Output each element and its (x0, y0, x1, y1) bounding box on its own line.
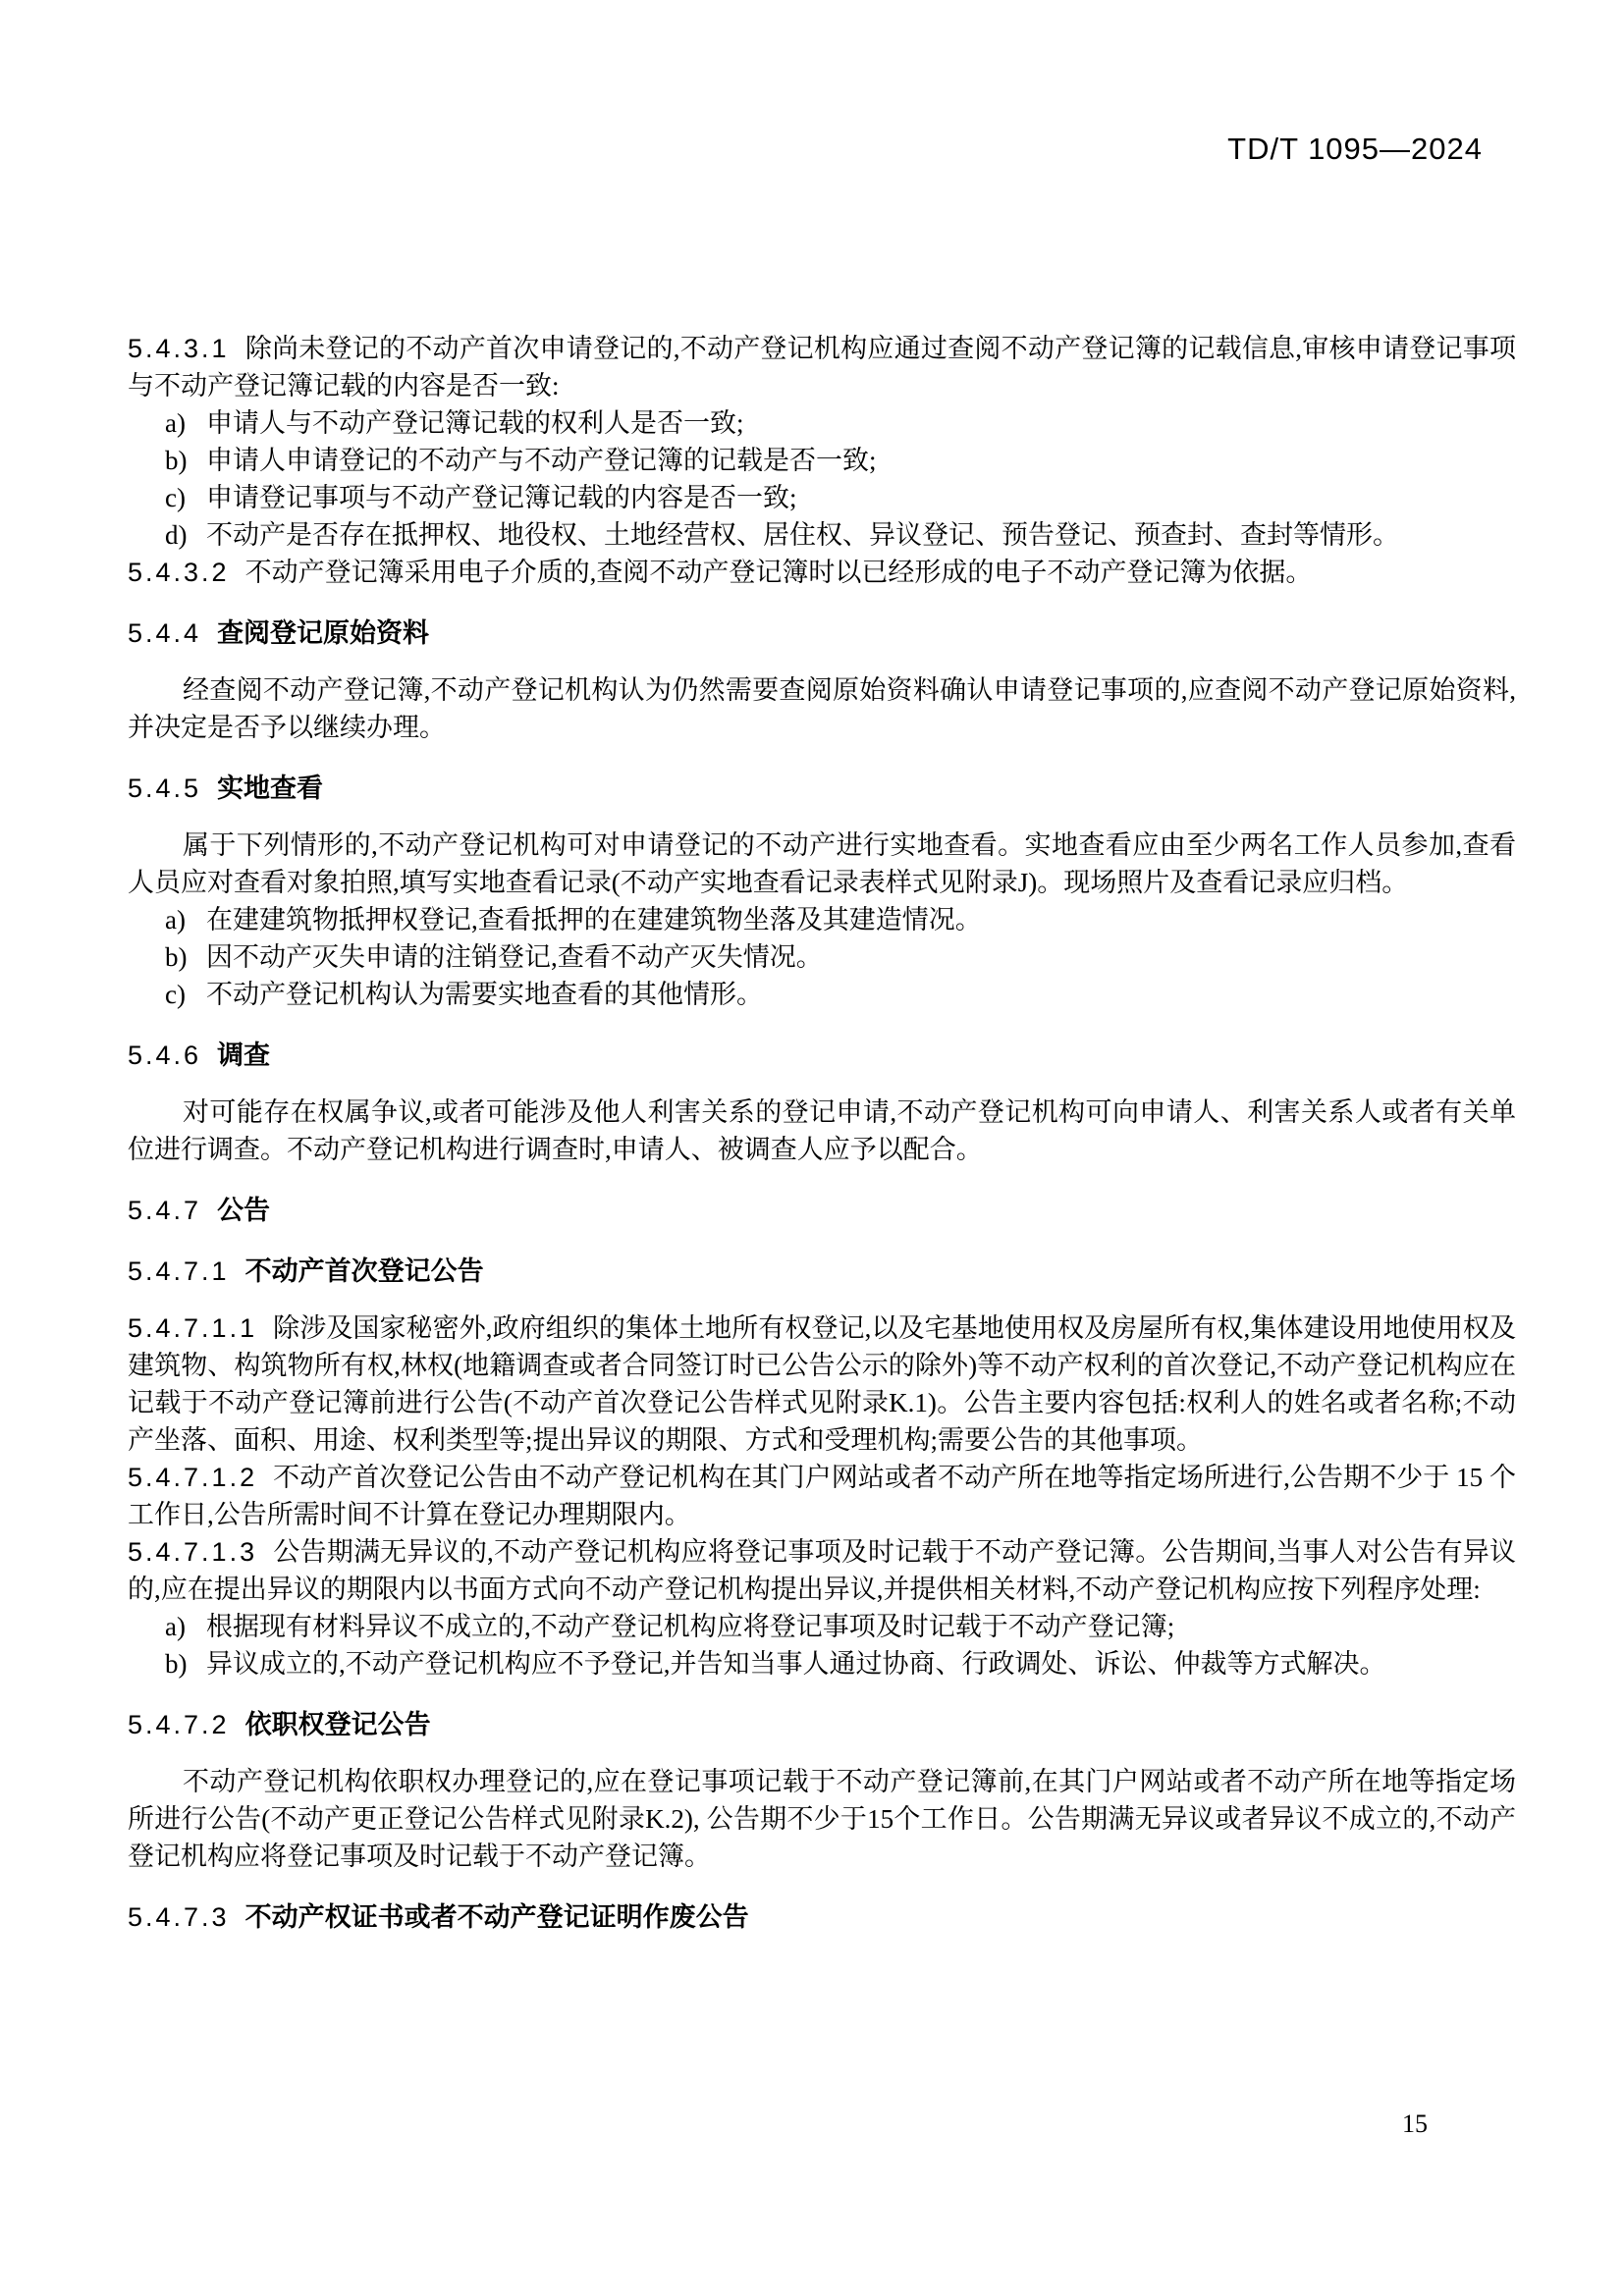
clause: 5.4.3.1除尚未登记的不动产首次申请登记的,不动产登记机构应通过查阅不动产登… (128, 330, 1516, 404)
document-page: TD/T 1095—2024 5.4.3.1除尚未登记的不动产首次申请登记的,不… (0, 0, 1624, 2296)
clause-text: 不动产首次登记公告由不动产登记机构在其门户网站或者不动产所在地等指定场所进行,公… (128, 1463, 1516, 1529)
list-item-text: 不动产登记机构认为需要实地查看的其他情形。 (206, 980, 763, 1009)
clause: 5.4.7.1.1除涉及国家秘密外,政府组织的集体土地所有权登记,以及宅基地使用… (128, 1309, 1516, 1459)
clause-text: 除涉及国家秘密外,政府组织的集体土地所有权登记,以及宅基地使用权及房屋所有权,集… (128, 1313, 1516, 1455)
list-item-text: 申请登记事项与不动产登记簿记载的内容是否一致; (206, 483, 797, 512)
section-heading: 5.4.7公告 (128, 1192, 1516, 1229)
clause-number: 5.4.3.1 (128, 334, 230, 363)
list-item-label: c) (165, 976, 206, 1013)
list-item: a)申请人与不动产登记簿记载的权利人是否一致; (128, 404, 1516, 442)
list-item: b)因不动产灭失申请的注销登记,查看不动产灭失情况。 (128, 938, 1516, 976)
list-item-text: 根据现有材料异议不成立的,不动产登记机构应将登记事项及时记载于不动产登记簿; (206, 1612, 1174, 1641)
heading-text: 查阅登记原始资料 (217, 618, 429, 648)
list-item-label: d) (165, 516, 206, 554)
section-heading: 5.4.4查阅登记原始资料 (128, 614, 1516, 652)
heading-text: 调查 (217, 1041, 270, 1070)
heading-text: 实地查看 (217, 774, 323, 803)
list-item-text: 在建建筑物抵押权登记,查看抵押的在建建筑物坐落及其建造情况。 (206, 905, 982, 934)
list-item: b)申请人申请登记的不动产与不动产登记簿的记载是否一致; (128, 442, 1516, 479)
clause-number: 5.4.3.2 (128, 558, 230, 587)
section-heading: 5.4.6调查 (128, 1037, 1516, 1074)
clause: 5.4.7.1.2不动产首次登记公告由不动产登记机构在其门户网站或者不动产所在地… (128, 1459, 1516, 1533)
clause-number: 5.4.7.1.1 (128, 1313, 257, 1343)
clause-text: 不动产登记簿采用电子介质的,查阅不动产登记簿时以已经形成的电子不动产登记簿为依据… (245, 558, 1313, 587)
list-item: c)申请登记事项与不动产登记簿记载的内容是否一致; (128, 479, 1516, 516)
clause-number: 5.4.7.1.3 (128, 1537, 257, 1567)
heading-text: 依职权登记公告 (245, 1710, 431, 1739)
heading-number: 5.4.7.3 (128, 1902, 230, 1932)
list-item: d)不动产是否存在抵押权、地役权、土地经营权、居住权、异议登记、预告登记、预查封… (128, 516, 1516, 554)
clause-text: 公告期满无异议的,不动产登记机构应将登记事项及时记载于不动产登记簿。公告期间,当… (128, 1537, 1516, 1604)
clause: 5.4.7.1.3公告期满无异议的,不动产登记机构应将登记事项及时记载于不动产登… (128, 1533, 1516, 1608)
list-item-text: 异议成立的,不动产登记机构应不予登记,并告知当事人通过协商、行政调处、诉讼、仲裁… (206, 1649, 1386, 1679)
clause-text: 除尚未登记的不动产首次申请登记的,不动产登记机构应通过查阅不动产登记簿的记载信息… (128, 334, 1516, 400)
section-heading: 5.4.7.2依职权登记公告 (128, 1706, 1516, 1743)
heading-number: 5.4.7 (128, 1196, 201, 1225)
list-item-label: c) (165, 479, 206, 516)
heading-number: 5.4.5 (128, 774, 201, 803)
page-number: 15 (1402, 2109, 1428, 2139)
heading-number: 5.4.7.2 (128, 1710, 230, 1739)
list-item-text: 申请人申请登记的不动产与不动产登记簿的记载是否一致; (206, 446, 877, 475)
list-item-label: b) (165, 938, 206, 976)
paragraph: 不动产登记机构依职权办理登记的,应在登记事项记载于不动产登记簿前,在其门户网站或… (128, 1763, 1516, 1875)
heading-number: 5.4.6 (128, 1041, 201, 1070)
heading-number: 5.4.7.1 (128, 1256, 230, 1286)
list-item-label: b) (165, 442, 206, 479)
list-item-label: a) (165, 1608, 206, 1645)
list-item-label: a) (165, 901, 206, 938)
standard-code-header: TD/T 1095—2024 (1227, 132, 1483, 167)
list-item: a)在建建筑物抵押权登记,查看抵押的在建建筑物坐落及其建造情况。 (128, 901, 1516, 938)
list-item: a)根据现有材料异议不成立的,不动产登记机构应将登记事项及时记载于不动产登记簿; (128, 1608, 1516, 1645)
document-content: 5.4.3.1除尚未登记的不动产首次申请登记的,不动产登记机构应通过查阅不动产登… (128, 330, 1516, 1955)
list-item: c)不动产登记机构认为需要实地查看的其他情形。 (128, 976, 1516, 1013)
section-heading: 5.4.5实地查看 (128, 770, 1516, 807)
clause: 5.4.3.2不动产登记簿采用电子介质的,查阅不动产登记簿时以已经形成的电子不动… (128, 554, 1516, 591)
list-item-label: b) (165, 1645, 206, 1682)
paragraph: 属于下列情形的,不动产登记机构可对申请登记的不动产进行实地查看。实地查看应由至少… (128, 827, 1516, 901)
heading-text: 公告 (217, 1196, 270, 1225)
list-item-text: 申请人与不动产登记簿记载的权利人是否一致; (206, 408, 744, 438)
list-item-text: 不动产是否存在抵押权、地役权、土地经营权、居住权、异议登记、预告登记、预查封、查… (206, 520, 1399, 550)
heading-text: 不动产权证书或者不动产登记证明作废公告 (245, 1902, 749, 1932)
heading-number: 5.4.4 (128, 618, 201, 648)
paragraph: 经查阅不动产登记簿,不动产登记机构认为仍然需要查阅原始资料确认申请登记事项的,应… (128, 671, 1516, 746)
list-item-label: a) (165, 404, 206, 442)
list-item: b)异议成立的,不动产登记机构应不予登记,并告知当事人通过协商、行政调处、诉讼、… (128, 1645, 1516, 1682)
section-heading: 5.4.7.1不动产首次登记公告 (128, 1253, 1516, 1290)
section-heading: 5.4.7.3不动产权证书或者不动产登记证明作废公告 (128, 1898, 1516, 1936)
list-item-text: 因不动产灭失申请的注销登记,查看不动产灭失情况。 (206, 942, 823, 972)
heading-text: 不动产首次登记公告 (245, 1256, 484, 1286)
clause-number: 5.4.7.1.2 (128, 1463, 257, 1492)
paragraph: 对可能存在权属争议,或者可能涉及他人利害关系的登记申请,不动产登记机构可向申请人… (128, 1094, 1516, 1168)
